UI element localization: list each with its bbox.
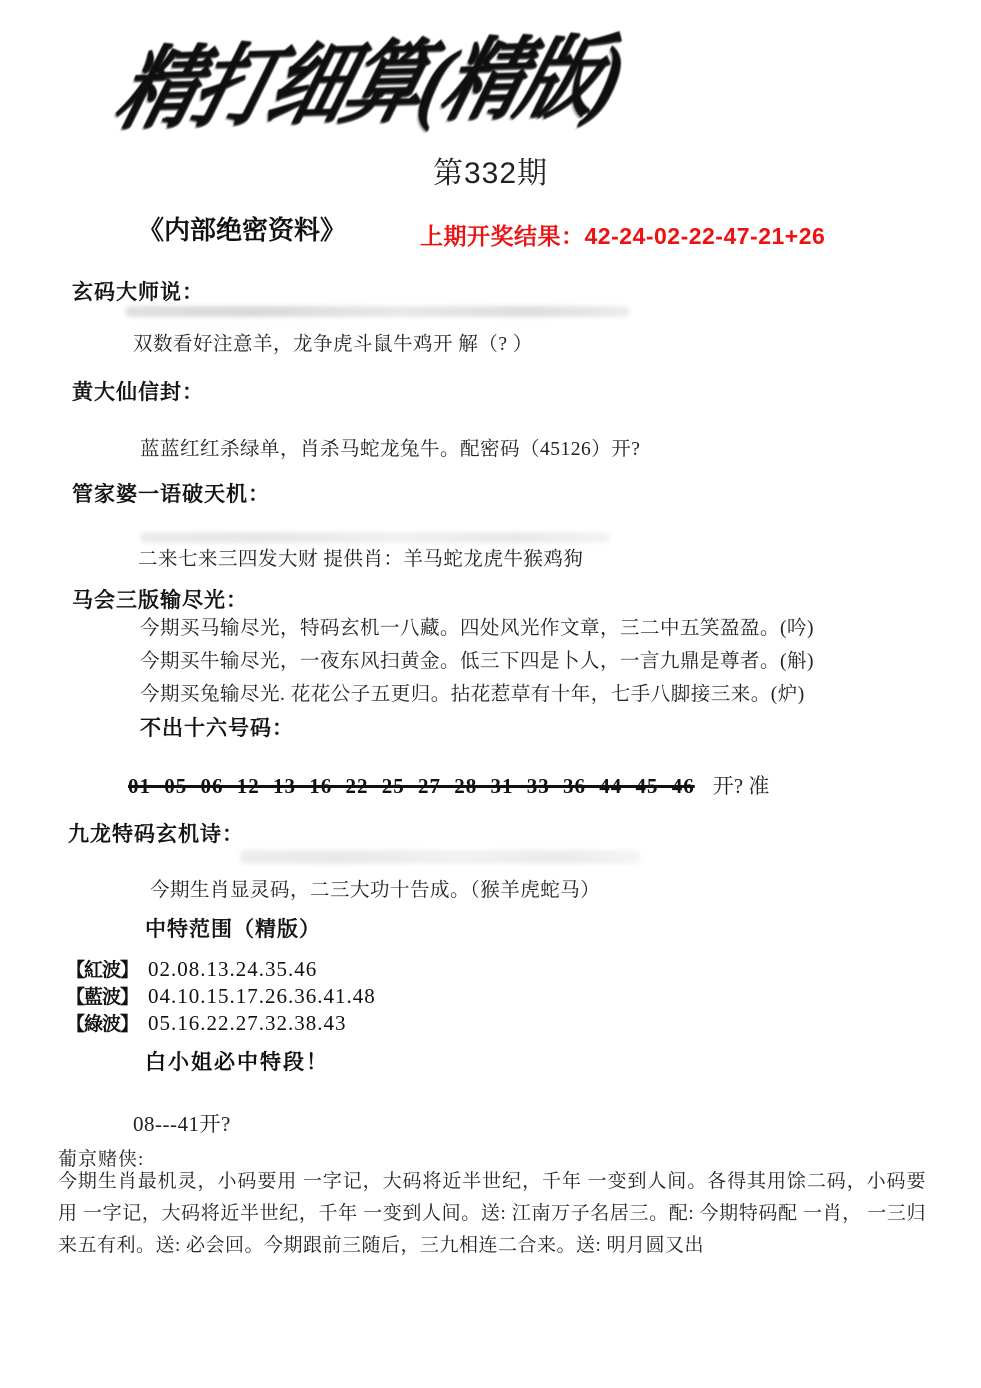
red-wave-numbers: 02.08.13.24.35.46 <box>148 957 317 981</box>
issue-number: 第332期 <box>0 148 981 192</box>
blue-wave-numbers: 04.10.15.17.26.36.41.48 <box>148 984 376 1008</box>
baixiaojie-line: 08---41开? <box>133 1108 231 1138</box>
excluded-numbers: 01 05 06 12 13 16 22 25 27 28 31 33 36 4… <box>128 774 695 798</box>
section-heading-buchu: 不出十六号码： <box>140 712 294 742</box>
section-heading-xuanma: 玄码大师说： <box>72 276 204 306</box>
wave-row-red: 【紅波】02.08.13.24.35.46 <box>66 955 317 982</box>
section-heading-huangdaxian: 黄大仙信封： <box>72 376 204 406</box>
tip-sheet-page: 精打细算(精版) 第332期 《内部绝密资料》 上期开奖结果：42-24-02-… <box>0 0 981 1388</box>
jiulong-line: 今期生肖显灵码，二三大功十告成。（猴羊虎蛇马） <box>150 874 600 902</box>
doc-label: 《内部绝密资料》 <box>138 210 346 247</box>
scan-artifact-smudge <box>140 532 610 543</box>
green-wave-numbers: 05.16.22.27.32.38.43 <box>148 1011 347 1035</box>
excluded-numbers-row: 01 05 06 12 13 16 22 25 27 28 31 33 36 4… <box>128 770 769 800</box>
scan-artifact-smudge <box>240 850 640 864</box>
last-draw-result: 上期开奖结果：42-24-02-22-47-21+26 <box>420 218 825 251</box>
wave-row-blue: 【藍波】04.10.15.17.26.36.41.48 <box>66 982 376 1009</box>
blue-wave-label: 【藍波】 <box>66 987 138 1008</box>
section-heading-baixiaojie: 白小姐必中特段！ <box>145 1046 329 1076</box>
scan-artifact-smudge <box>125 306 630 317</box>
mahui-line: 今期买兔输尽光. 花花公子五更归。拈花惹草有十年，七手八脚接三来。(炉) <box>140 678 805 706</box>
section-heading-mahui: 马会三版输尽光： <box>72 584 248 614</box>
excluded-numbers-suffix: 开? 准 <box>713 774 770 798</box>
section-heading-jiulong: 九龙特码玄机诗： <box>68 818 244 848</box>
pujing-paragraph: 今期生肖最机灵，小码要用 一字记，大码将近半世纪，千年 一变到人间。各得其用馀二… <box>58 1166 926 1262</box>
mahui-line: 今期买牛输尽光，一夜东风扫黄金。低三下四是卜人，一言九鼎是尊者。(斛) <box>140 645 814 673</box>
guanjiapo-line: 二来七来三四发大财 提供肖：羊马蛇龙虎牛猴鸡狗 <box>138 543 583 571</box>
huangdaxian-line: 蓝蓝红红杀绿单，肖杀马蛇龙兔牛。配密码（45126）开? <box>140 433 640 461</box>
green-wave-label: 【綠波】 <box>66 1014 138 1035</box>
xuanma-line: 双数看好注意羊，龙争虎斗鼠牛鸡开 解（? ） <box>133 328 533 356</box>
section-heading-guanjiapo: 管家婆一语破天机： <box>72 478 270 508</box>
red-wave-label: 【紅波】 <box>66 960 138 981</box>
mahui-line: 今期买马输尽光，特码玄机一八藏。四处风光作文章，三二中五笑盈盈。(吟) <box>140 612 814 640</box>
section-heading-zhongte: 中特范围（精版） <box>145 913 321 943</box>
wave-row-green: 【綠波】05.16.22.27.32.38.43 <box>66 1009 347 1036</box>
masthead-scribble-title: 精打细算(精版) <box>101 0 825 156</box>
